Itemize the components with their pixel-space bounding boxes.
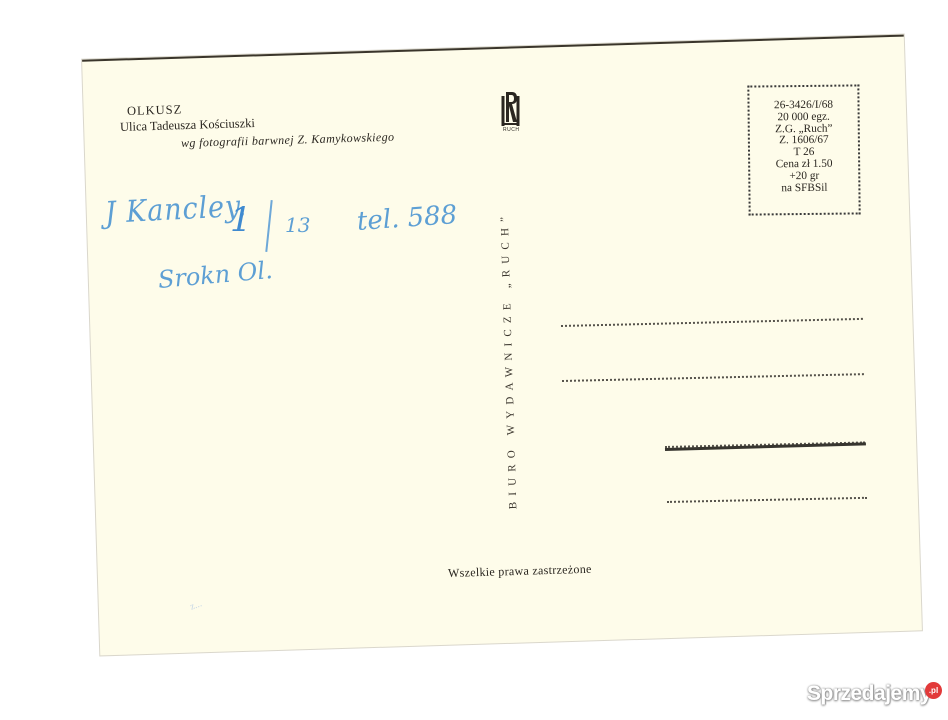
ruch-logo-caption: RUCH	[503, 127, 519, 133]
handwritten-apartment: 13	[285, 213, 310, 237]
stamp-info: 26-3426/I/68 20 000 egz. Z.G. „Ruch” Z. …	[749, 99, 858, 195]
stamp-box: 26-3426/I/68 20 000 egz. Z.G. „Ruch” Z. …	[747, 84, 860, 215]
stamp-line: na SFBSil	[750, 182, 858, 195]
watermark-badge: .pl	[925, 682, 942, 699]
ruch-logo-icon	[501, 92, 520, 126]
handwritten-number: 1	[230, 200, 252, 240]
watermark-brand: Sprzedajemy	[807, 682, 931, 706]
handwritten-name: J Kancley.	[104, 189, 248, 231]
caption-city: OLKUSZ	[127, 102, 183, 119]
